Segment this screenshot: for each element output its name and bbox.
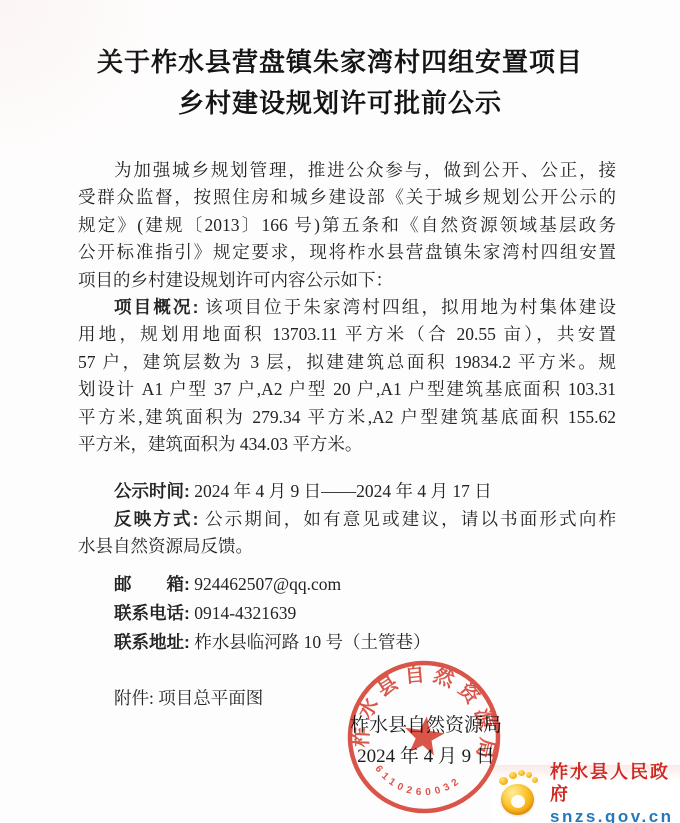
- attachment-value: 项目总平面图: [154, 688, 263, 708]
- address-value: 柞水县临河路 10 号（土管巷）: [190, 632, 431, 652]
- intro-line: 公开标准指引》规定要求，现将柞水县营盘镇朱家湾村四组安置: [78, 239, 616, 266]
- time-line: 公示时间: 2024 年 4 月 9 日——2024 年 4 月 17 日: [78, 478, 616, 505]
- contact-email-line: 邮 箱: 924462507@qq.com: [78, 570, 616, 599]
- badge-domain[interactable]: snzs.gov.cn: [550, 806, 680, 823]
- overview-line: 用地，规划用地面积 13703.11 平方米（合 20.55 亩），共安置: [78, 321, 616, 348]
- overview-line: 项目概况: 该项目位于朱家湾村四组，拟用地为村集体建设: [78, 294, 616, 321]
- badge-text: 柞水县人民政府 snzs.gov.cn: [550, 761, 680, 823]
- title-line-2: 乡村建设规划许可批前公示: [28, 83, 652, 124]
- notice-body: 为加强城乡规划管理，推进公众参与，做到公开、公正，接 受群众监督，按照住房和城乡…: [78, 157, 616, 713]
- footprint-logo-icon: [499, 769, 541, 819]
- email-value: 924462507@qq.com: [190, 574, 341, 594]
- overview-line: 平方米，建筑面积为 434.03 平方米。: [78, 431, 616, 458]
- government-site-badge[interactable]: 柞水县人民政府 snzs.gov.cn: [492, 765, 680, 823]
- feedback-text: 公示期间，如有意见或建议，请以书面形式向柞: [199, 509, 616, 529]
- intro-line: 规定》(建规〔2013〕166 号)第五条和《自然资源领域基层政务: [78, 212, 616, 239]
- contact-phone-line: 联系电话: 0914-4321639: [78, 599, 616, 628]
- intro-paragraph: 为加强城乡规划管理，推进公众参与，做到公开、公正，接 受群众监督，按照住房和城乡…: [78, 157, 616, 294]
- intro-line: 为加强城乡规划管理，推进公众参与，做到公开、公正，接: [78, 157, 616, 184]
- email-label: 邮 箱:: [114, 574, 190, 594]
- footprint-toe: [509, 772, 517, 779]
- overview-line: 划设计 A1 户型 37 户,A2 户型 20 户,A1 户型建筑基底面积 10…: [78, 376, 616, 403]
- title-line-1: 关于柞水县营盘镇朱家湾村四组安置项目: [28, 42, 652, 83]
- attachment-label: 附件:: [114, 688, 154, 708]
- feedback-label: 反映方式:: [114, 509, 199, 529]
- contact-address-line: 联系地址: 柞水县临河路 10 号（土管巷）: [78, 628, 616, 657]
- feedback-line: 水县自然资源局反馈。: [78, 533, 616, 560]
- footprint-hole: [511, 795, 525, 808]
- signature-block: 柞水县自然资源局 2024 年 4 月 9 日: [326, 710, 526, 772]
- intro-line: 项目的乡村建设规划许可内容公示如下：: [78, 267, 616, 294]
- page-title: 关于柞水县营盘镇朱家湾村四组安置项目 乡村建设规划许可批前公示: [28, 42, 652, 124]
- overview-text: 该项目位于朱家湾村四组，拟用地为村集体建设: [199, 297, 616, 317]
- notice-document: 关于柞水县营盘镇朱家湾村四组安置项目 乡村建设规划许可批前公示 为加强城乡规划管…: [0, 0, 680, 823]
- footprint-toe: [499, 777, 508, 785]
- intro-line: 受群众监督，按照住房和城乡建设部《关于城乡规划公开公示的: [78, 184, 616, 211]
- overview-label: 项目概况:: [114, 297, 199, 317]
- project-overview-paragraph: 项目概况: 该项目位于朱家湾村四组，拟用地为村集体建设 用地，规划用地面积 13…: [78, 294, 616, 458]
- badge-government-name: 柞水县人民政府: [550, 761, 680, 806]
- feedback-line: 反映方式: 公示期间，如有意见或建议，请以书面形式向柞: [78, 506, 616, 533]
- footprint-toe: [532, 777, 538, 783]
- signature-org: 柞水县自然资源局: [326, 710, 526, 741]
- overview-line: 57 户，建筑层数为 3 层，拟建建筑总面积 19834.2 平方米。规: [78, 349, 616, 376]
- time-value: 2024 年 4 月 9 日——2024 年 4 月 17 日: [190, 481, 492, 501]
- footprint-toe: [526, 772, 532, 778]
- publicity-time-line: 公示时间: 2024 年 4 月 9 日——2024 年 4 月 17 日 反映…: [78, 478, 616, 560]
- contact-info: 邮 箱: 924462507@qq.com 联系电话: 0914-4321639…: [78, 570, 616, 658]
- phone-label: 联系电话:: [114, 603, 190, 623]
- phone-value: 0914-4321639: [190, 603, 296, 623]
- address-label: 联系地址:: [114, 632, 190, 652]
- overview-line: 平方米,建筑面积为 279.34 平方米,A2 户型建筑基底面积 155.62: [78, 404, 616, 431]
- attachment-line: 附件: 项目总平面图: [78, 685, 616, 712]
- signature-date: 2024 年 4 月 9 日: [326, 741, 526, 772]
- time-label: 公示时间:: [114, 481, 190, 501]
